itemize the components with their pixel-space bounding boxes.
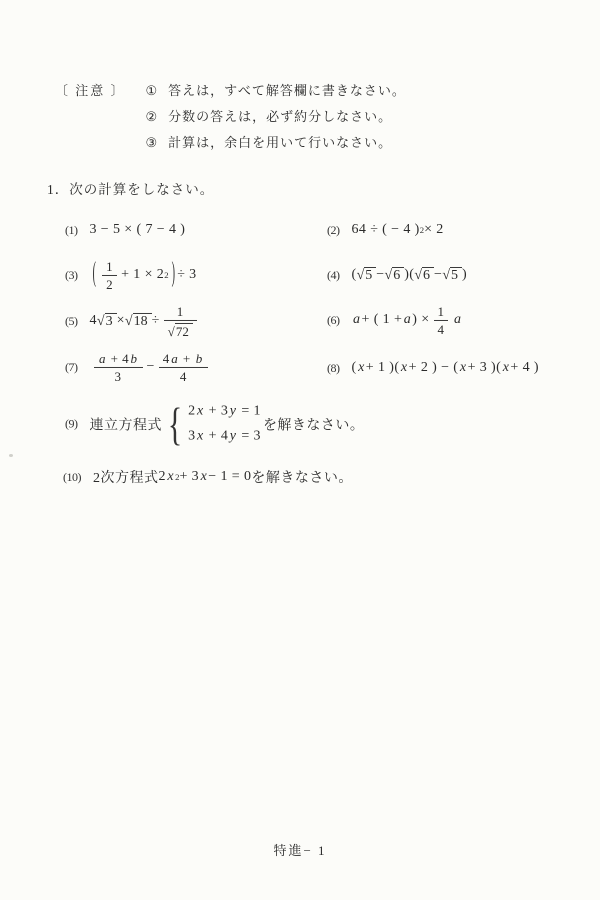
scan-speck [9,454,13,457]
problem-6: (6) a + ( 1 + a ) × 14a [327,304,462,336]
problem-9-expression: 連立方程式 {2x + 3y = 13x + 4y = 3 を解きなさい。 [90,404,365,445]
notice-item-3-number: ③ [146,136,158,149]
problem-2-expression: 64 ÷ ( − 4 )2× 2 [352,222,444,238]
problem-5: (5) 4√3 × √18 ÷ 1√72 [65,304,201,338]
notice-block: 〔 注意 〕 ① 答えは，すべて解答欄に書きなさい。 ② 分数の答えは，必ず約分… [55,84,406,162]
problem-10-label: (10) [63,470,81,485]
problem-2-label: (2) [327,223,340,238]
problem-2: (2) 64 ÷ ( − 4 )2× 2 [327,222,444,238]
problem-4-expression: ( √5 − √6 )( √6 − √5 ) [352,267,468,283]
problem-8: (8) ( x + 1 )( x + 2 ) − ( x + 3 )( x + … [327,360,539,376]
problem-5-expression: 4√3 × √18 ÷ 1√72 [90,304,201,338]
problem-10-expression: 2次方程式 2x2+ 3x − 1 = 0 を解きなさい。 [93,467,353,487]
problem-5-label: (5) [65,314,78,329]
notice-items: ① 答えは，すべて解答欄に書きなさい。 ② 分数の答えは，必ず約分しなさい。 ③… [146,84,406,162]
problem-3: (3) (12 + 1 × 22) ÷ 3 [65,259,197,291]
problem-6-label: (6) [327,313,340,328]
problem-4: (4) ( √5 − √6 )( √6 − √5 ) [327,267,467,283]
problem-7: (7) a + 4b3 − 4a + b4 [65,351,212,383]
notice-item-1: ① 答えは，すべて解答欄に書きなさい。 [146,84,406,97]
notice-item-1-number: ① [146,84,158,97]
problem-7-label: (7) [65,360,78,375]
notice-bracket-label: 〔 注意 〕 [55,84,126,162]
problem-1-expression: 3 − 5 × ( 7 − 4 ) [90,222,186,238]
problem-9-label: (9) [65,417,78,432]
notice-item-3-text: 計算は，余白を用いて行いなさい。 [168,136,392,149]
problem-1: (1) 3 − 5 × ( 7 − 4 ) [65,222,185,238]
notice-item-2-text: 分数の答えは，必ず約分しなさい。 [168,110,392,123]
problem-6-expression: a + ( 1 + a ) × 14a [352,304,463,336]
section-1-title: 1．次の計算をしなさい。 [47,178,214,198]
notice-item-3: ③ 計算は，余白を用いて行いなさい。 [146,136,406,149]
notice-item-1-text: 答えは，すべて解答欄に書きなさい。 [168,84,406,97]
page-footer: 特進− 1 [0,840,600,859]
problem-3-label: (3) [65,268,78,283]
problem-7-expression: a + 4b3 − 4a + b4 [90,351,212,383]
exam-page: 〔 注意 〕 ① 答えは，すべて解答欄に書きなさい。 ② 分数の答えは，必ず約分… [0,0,600,900]
problem-4-label: (4) [327,268,340,283]
problem-10: (10) 2次方程式 2x2+ 3x − 1 = 0 を解きなさい。 [63,467,353,487]
problem-8-label: (8) [327,361,340,376]
notice-item-2-number: ② [146,110,158,123]
problem-9: (9) 連立方程式 {2x + 3y = 13x + 4y = 3 を解きなさい… [65,404,364,445]
problem-1-label: (1) [65,223,78,238]
problem-8-expression: ( x + 1 )( x + 2 ) − ( x + 3 )( x + 4 ) [352,360,539,376]
problem-3-expression: (12 + 1 × 22) ÷ 3 [90,259,197,291]
notice-item-2: ② 分数の答えは，必ず約分しなさい。 [146,110,406,123]
